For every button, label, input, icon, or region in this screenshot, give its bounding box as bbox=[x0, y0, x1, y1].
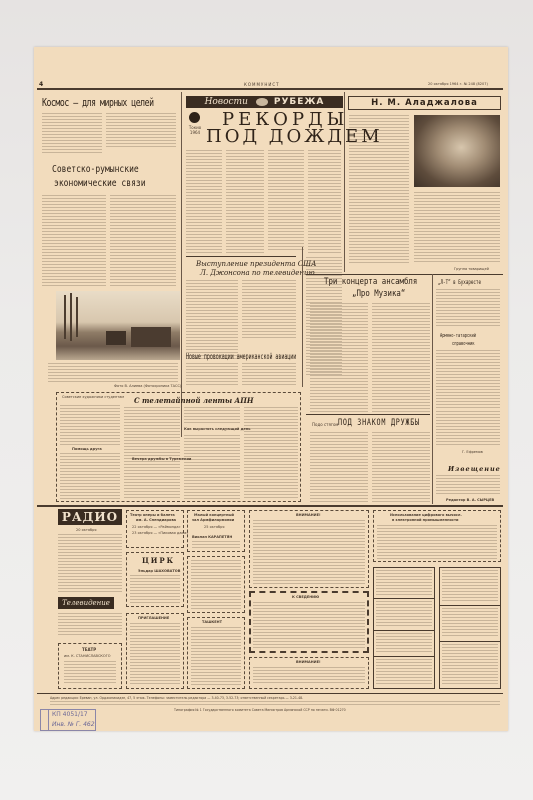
lik-text bbox=[436, 289, 500, 327]
page-number: 4 bbox=[39, 81, 43, 88]
obit-notice-1 bbox=[376, 570, 432, 596]
newspaper-page: 4 КОММУНИСТ 20 октября 1964 г. № 248 (82… bbox=[34, 47, 508, 731]
obit-notice-2 bbox=[376, 601, 432, 627]
tv-program-text bbox=[58, 613, 122, 637]
rekordy-text-col3 bbox=[268, 150, 304, 250]
izveshchenie-signature: Г. Ефремов bbox=[462, 450, 483, 454]
rule-pro-muzika bbox=[306, 274, 503, 275]
vnimanie-text bbox=[253, 520, 365, 584]
opera-line-2: 23 октября — «Пиковая дама» bbox=[132, 531, 188, 535]
druzhba-kicker: Подо стягом bbox=[312, 422, 338, 427]
banner-right: РУБЕЖА bbox=[274, 97, 325, 107]
radio-logo: РАДИО bbox=[62, 510, 118, 524]
notice-text bbox=[191, 560, 241, 610]
headline-izveshchenie: Извещение bbox=[448, 465, 501, 473]
circus-title: ЦИРК bbox=[142, 556, 175, 565]
rekordy-text-col2 bbox=[226, 150, 264, 254]
stamp-line-2: Инв. № Г. 462 bbox=[52, 721, 95, 728]
obituary-text-col2 bbox=[414, 192, 500, 262]
johnson-text-col2 bbox=[242, 280, 296, 340]
sovetsko-text-col2 bbox=[110, 195, 176, 287]
obit-rule-5 bbox=[440, 641, 500, 642]
masthead-rule bbox=[37, 88, 503, 90]
photo-caption-text bbox=[48, 363, 178, 383]
banner-left: Новости bbox=[205, 97, 248, 107]
headline-kosmos: Космос — для мирных целей bbox=[42, 97, 154, 109]
sovetsko-text-col1 bbox=[42, 195, 106, 287]
headline-armenian-1: Армяно-татарский bbox=[440, 333, 476, 339]
apn-sub4: Вечера дружбы в Туркмении bbox=[132, 457, 191, 461]
headline-lik: „Л-Т“ в Бухаресте bbox=[438, 279, 481, 286]
electronics-title-1: Использование цифрового вычисл. bbox=[390, 513, 462, 517]
apn-sub2: Помощь друга bbox=[72, 447, 102, 451]
portrait-photo bbox=[414, 115, 500, 187]
theater-subtitle: им. К. СТАНИСЛАВСКОГО bbox=[64, 654, 111, 658]
electronics-title-2: в электронной промышленности bbox=[392, 518, 458, 522]
priglashenie-title: ПРИГЛАШЕНИЕ bbox=[138, 616, 169, 620]
electronics-text bbox=[377, 525, 497, 559]
headline-johnson-1: Выступление президента США bbox=[196, 260, 316, 268]
column-rule-2 bbox=[302, 247, 303, 387]
olympic-sun-icon bbox=[189, 112, 200, 123]
priglashenie-text bbox=[130, 623, 180, 685]
apn-sub3: Как вырастить следующий день bbox=[184, 427, 250, 431]
rule-druzhba bbox=[306, 414, 430, 415]
opera-title-2: им. А. Спендиарова bbox=[136, 518, 176, 522]
headline-pro-muzika-1: Три концерта ансамбля bbox=[324, 277, 417, 287]
radio-logo-box: РАДИО bbox=[58, 509, 122, 525]
obituary-signature: Группа товарищей bbox=[454, 267, 489, 271]
vnimanie2-text bbox=[253, 667, 365, 685]
column-rule-4 bbox=[432, 274, 433, 504]
concert-title-1: Малый концертный bbox=[194, 513, 234, 517]
rule-johnson bbox=[186, 256, 296, 257]
obit-rule-3 bbox=[374, 656, 434, 657]
concert-text bbox=[192, 541, 240, 549]
rekordy-text-col1 bbox=[186, 150, 222, 254]
obit-notice-6 bbox=[442, 608, 498, 638]
circus-text bbox=[130, 575, 180, 603]
kosmos-text-col2 bbox=[106, 113, 176, 149]
pro-muzika-text-col2 bbox=[372, 303, 430, 413]
circus-name: Эльдар ШАХОВАТОВ bbox=[138, 569, 180, 573]
obit-notice-3 bbox=[376, 633, 432, 653]
concert-title-2: зал Армфилармонии bbox=[192, 518, 234, 522]
radio-date: 20 октября bbox=[76, 528, 96, 532]
right-col-text bbox=[436, 411, 500, 447]
druzhba-text-col2 bbox=[372, 432, 430, 502]
editor-line: Редактор В. А. СЫРЦЕВ bbox=[446, 498, 494, 502]
johnson-text-col1 bbox=[186, 280, 238, 360]
concert-date: 25 октября bbox=[204, 525, 224, 529]
svedeniya-title: К СВЕДЕНИЮ bbox=[292, 595, 319, 599]
obit-notice-5 bbox=[442, 570, 498, 602]
svedeniya-text bbox=[253, 602, 365, 650]
obit-notice-4 bbox=[376, 659, 432, 685]
apn-text-col3b bbox=[184, 435, 240, 499]
apn-text-col3a bbox=[184, 407, 240, 423]
tashkent-text bbox=[191, 627, 241, 685]
headline-pro-muzika-2: „Про Музика“ bbox=[352, 289, 405, 299]
headline-johnson-2: Л. Джонсона по телевидению bbox=[200, 269, 315, 277]
archive-stamp: КП 4051/17 Инв. № Г. 462 bbox=[40, 709, 96, 731]
tv-logo-box: Телевидение bbox=[58, 597, 114, 609]
footer-text-line bbox=[50, 701, 500, 706]
apn-text-col4 bbox=[244, 407, 298, 499]
druzhba-text-col1 bbox=[310, 432, 368, 502]
ads-divider bbox=[37, 505, 503, 507]
apn-text-col1a bbox=[60, 405, 120, 445]
theater-title: ТЕАТР bbox=[82, 647, 96, 652]
headline-provokacii: Новые провокации американской авиации bbox=[186, 352, 296, 361]
obit-rule-1 bbox=[374, 598, 434, 599]
obit-rule-2 bbox=[374, 630, 434, 631]
theater-text bbox=[64, 661, 116, 685]
headline-druzhba: ПОД ЗНАКОМ ДРУЖБЫ bbox=[338, 418, 420, 428]
concert-name: Виолан КАРАПЕТЯН bbox=[192, 535, 232, 539]
headline-aladzhalova: Н. М. Аладжалова bbox=[371, 98, 478, 108]
newspaper-name: КОММУНИСТ bbox=[244, 82, 280, 87]
footer-rule bbox=[37, 693, 503, 694]
stamp-line-1: КП 4051/17 bbox=[52, 711, 88, 718]
armenian-text bbox=[436, 350, 500, 408]
headline-sovetsko-1: Советско-румынские bbox=[52, 164, 139, 175]
apn-text-col1b bbox=[60, 453, 120, 499]
opera-line-1: 22 октября — «Раймонда» bbox=[132, 525, 181, 529]
vnimanie-title: ВНИМАНИЕ! bbox=[296, 513, 321, 517]
provokacii-text-col1 bbox=[186, 363, 238, 387]
headline-armenian-2: справочник bbox=[452, 341, 475, 347]
apn-sub1: Советские художники студентам bbox=[62, 395, 124, 399]
tashkent-title: ТАШКЕНТ bbox=[202, 620, 222, 624]
column-rule-3 bbox=[344, 92, 345, 272]
footer-address: Адрес редакции: Ереван, ул. Орджоникидзе… bbox=[50, 696, 500, 700]
globe-icon bbox=[256, 98, 268, 106]
izveshchenie-text bbox=[436, 475, 500, 495]
rekordy-text-col4 bbox=[308, 150, 341, 254]
photo-credit: Фото В. Алиева (Фотохроника ТАСС). bbox=[114, 384, 182, 388]
headline-apn: С телетайпной ленты АПН bbox=[134, 396, 253, 405]
headline-sovetsko-2: экономические связи bbox=[54, 178, 146, 189]
banner-novosti-rubezha: Новости РУБЕЖА bbox=[186, 96, 343, 108]
obituary-header-box: Н. М. Аладжалова bbox=[348, 96, 501, 110]
obituary-text-col1 bbox=[349, 115, 409, 265]
apn-text-col2 bbox=[124, 407, 180, 499]
tv-logo: Телевидение bbox=[62, 599, 110, 607]
issue-date: 20 октября 1964 г. № 248 (8207) bbox=[428, 82, 488, 86]
footer-print: Типография № 1 Государственного комитета… bbox=[174, 708, 346, 712]
pro-muzika-text-col1 bbox=[310, 303, 368, 413]
opera-title-1: Театр оперы и балета bbox=[130, 513, 175, 517]
provokacii-text-col2 bbox=[242, 363, 296, 387]
vnimanie2-title: ВНИМАНИЕ! bbox=[296, 660, 321, 664]
obit-rule-4 bbox=[440, 605, 500, 606]
kosmos-text-col1 bbox=[42, 113, 102, 155]
radio-program-text bbox=[58, 534, 122, 594]
obit-notice-7 bbox=[442, 644, 498, 686]
photo-oil-rigs bbox=[56, 291, 180, 360]
olympic-label: Токио 1964 bbox=[188, 125, 202, 135]
